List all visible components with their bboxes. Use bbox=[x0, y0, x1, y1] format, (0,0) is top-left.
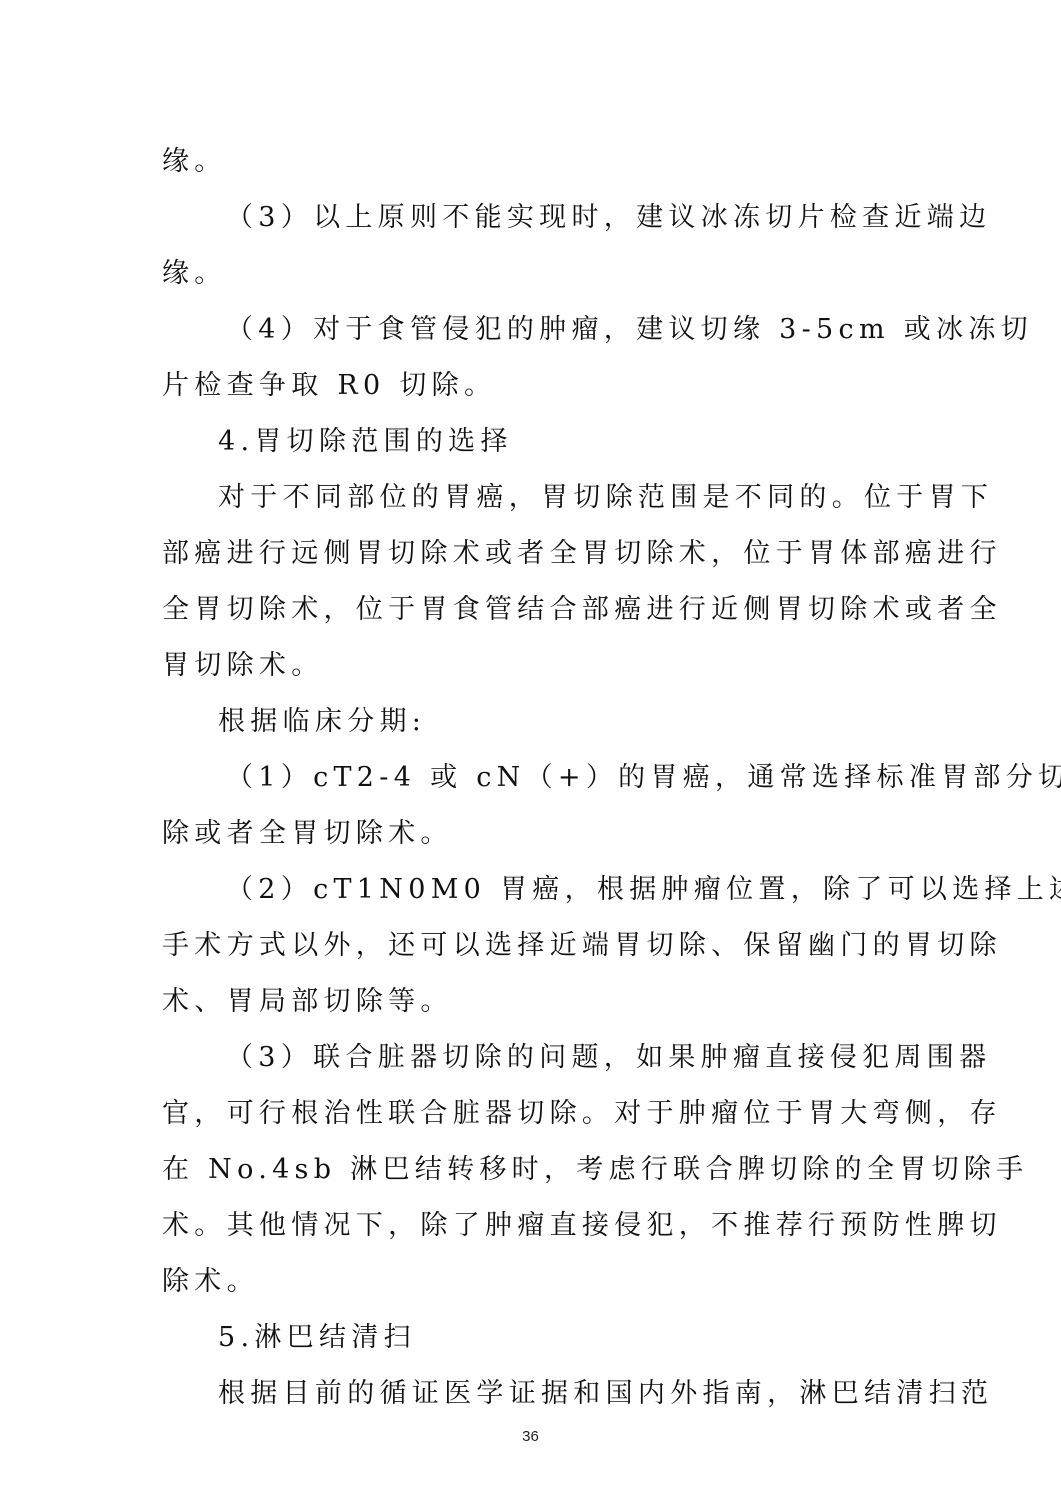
list-item-1-line-2: 除或者全胃切除术。 bbox=[162, 817, 902, 851]
list-item-4-line-1: （4）对于食管侵犯的肿瘤，建议切缘 3-5cm 或冰冻切 bbox=[226, 313, 906, 347]
list-item-2-line-1: （2）cT1N0M0 胃癌，根据肿瘤位置，除了可以选择上述 bbox=[226, 873, 906, 907]
paragraph-line: 胃切除术。 bbox=[162, 649, 902, 683]
list-item-1-line-1: （1）cT2-4 或 cN（+）的胃癌，通常选择标准胃部分切 bbox=[226, 761, 906, 795]
section-heading-4: 4.胃切除范围的选择 bbox=[218, 425, 958, 459]
paragraph-line: 对于不同部位的胃癌，胃切除范围是不同的。位于胃下 bbox=[218, 481, 908, 515]
list-item-2-line-3: 术、胃局部切除等。 bbox=[162, 985, 902, 1019]
list-item-3b-line-5: 除术。 bbox=[162, 1265, 902, 1299]
text-line: 缘。 bbox=[162, 145, 902, 179]
list-item-3b-line-4: 术。其他情况下，除了肿瘤直接侵犯，不推荐行预防性脾切 bbox=[162, 1209, 902, 1243]
clinical-staging-label: 根据临床分期: bbox=[218, 705, 958, 739]
paragraph-line: 全胃切除术，位于胃食管结合部癌进行近侧胃切除术或者全 bbox=[162, 593, 902, 627]
paragraph-line: 根据目前的循证医学证据和国内外指南，淋巴结清扫范 bbox=[218, 1377, 908, 1411]
list-item-3b-line-1: （3）联合脏器切除的问题，如果肿瘤直接侵犯周围器 bbox=[226, 1041, 906, 1075]
list-item-2-line-2: 手术方式以外，还可以选择近端胃切除、保留幽门的胃切除 bbox=[162, 929, 902, 963]
document-page: 缘。 （3）以上原则不能实现时，建议冰冻切片检查近端边 缘。 （4）对于食管侵犯… bbox=[0, 0, 1061, 1500]
list-item-3b-line-3: 在 No.4sb 淋巴结转移时，考虑行联合脾切除的全胃切除手 bbox=[162, 1153, 902, 1187]
page-number: 36 bbox=[0, 1428, 1061, 1445]
paragraph-line: 部癌进行远侧胃切除术或者全胃切除术，位于胃体部癌进行 bbox=[162, 537, 902, 571]
list-item-3b-line-2: 官，可行根治性联合脏器切除。对于肿瘤位于胃大弯侧，存 bbox=[162, 1097, 902, 1131]
list-item-3-line-2: 缘。 bbox=[162, 257, 902, 291]
list-item-3-line-1: （3）以上原则不能实现时，建议冰冻切片检查近端边 bbox=[226, 201, 906, 235]
section-heading-5: 5.淋巴结清扫 bbox=[218, 1321, 958, 1355]
list-item-4-line-2: 片检查争取 R0 切除。 bbox=[162, 369, 902, 403]
